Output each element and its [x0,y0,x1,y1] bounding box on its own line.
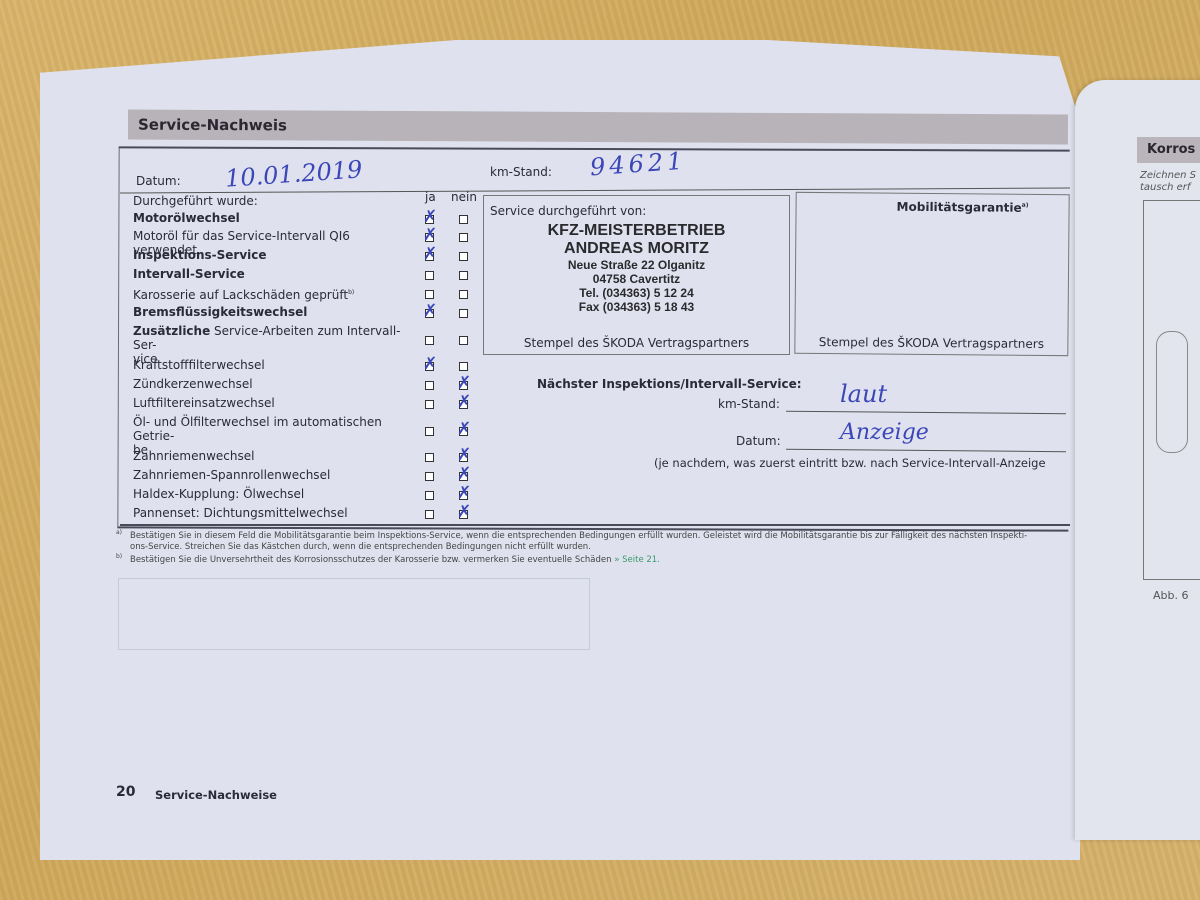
checklist-row-label: Luftfiltereinsatzwechsel [133,396,413,410]
checklist-row: Motoröl für das Service-Intervall QI6 ve… [133,229,493,248]
footnote-a-line1: Bestätigen Sie in diesem Feld die Mobili… [130,531,1027,541]
stamp-line-6: Fax (034363) 5 18 43 [484,300,789,314]
page-number: 20 [116,784,135,800]
checkbox-nein[interactable] [459,309,468,318]
checklist-row: Karosserie auf Lackschäden geprüftb) [133,286,493,305]
stamp-line-5: Tel. (034363) 5 12 24 [484,286,789,300]
show-through-ghost [118,578,590,650]
checklist-row-label: Zündkerzenwechsel [133,377,413,391]
checkbox-ja[interactable] [425,290,434,299]
checkbox-nein[interactable] [459,290,468,299]
checklist-row: Bremsflüssigkeitswechsel✗ [133,305,493,324]
checkbox-nein[interactable] [459,271,468,280]
footnote-b-text: Bestätigen Sie die Unversehrtheit des Ko… [130,555,612,565]
checklist-row: Zündkerzenwechsel✗ [133,377,493,396]
checklist-row: Motorölwechsel✗ [133,211,493,230]
performed-label: Durchgeführt wurde: [133,194,258,208]
checkbox-ja[interactable] [425,400,434,409]
checkmark-icon: ✗ [457,464,471,484]
col-ja: ja [425,190,436,204]
stamp-line-4: 04758 Cavertitz [484,272,789,286]
section-title: Service-Nachweis [128,110,1068,145]
service-by-box: Service durchgeführt von: KFZ-MEISTERBET… [483,195,790,355]
checkmark-icon: ✗ [423,207,437,227]
footnote-a-line2: ons-Service. Streichen Sie das Kästchen … [130,542,591,552]
checkmark-icon: ✗ [423,225,437,245]
checkbox-ja[interactable] [425,427,434,436]
datum-label: Datum: [136,174,181,188]
checkbox-ja[interactable] [425,381,434,390]
car-outline-icon [1156,331,1188,453]
checklist-row-label: Zahnriemenwechsel [133,449,413,463]
mobility-label: Mobilitätsgarantiea) [897,200,1029,215]
figure-label: Abb. 6 [1153,589,1188,602]
stamp-line-3: Neue Straße 22 Olganitz [484,258,789,272]
checklist-row: Zahnriemen-Spannrollenwechsel✗ [133,468,493,487]
right-page-text-2: tausch erf [1140,182,1190,193]
checkmark-icon: ✗ [423,244,437,264]
service-by-footer: Stempel des ŠKODA Vertragspartners [484,336,789,350]
checklist-row: Intervall-Service [133,267,493,286]
checkmark-icon: ✗ [423,354,437,374]
footnote-b: Bestätigen Sie die Unversehrtheit des Ko… [130,555,660,565]
page-footer-title: Service-Nachweise [155,788,277,802]
checkbox-nein[interactable] [459,215,468,224]
next-datum-label: Datum: [736,434,781,448]
mobility-box: Mobilitätsgarantiea) Stempel des ŠKODA V… [794,192,1069,356]
checkbox-ja[interactable] [425,271,434,280]
next-km-label: km-Stand: [718,397,780,411]
right-page-text-1: Zeichnen S [1140,170,1196,181]
checklist-row: Luftfiltereinsatzwechsel✗ [133,396,493,415]
checklist-row: Haldex-Kupplung: Ölwechsel✗ [133,487,493,506]
next-datum-value[interactable]: Anzeige [840,420,929,445]
footnote-b-mark: b) [116,553,122,560]
checkbox-nein[interactable] [459,233,468,242]
service-by-label: Service durchgeführt von: [490,204,646,218]
next-service-note: (je nachdem, was zuerst eintritt bzw. na… [654,456,1046,470]
checkmark-icon: ✗ [457,502,471,522]
checkbox-nein[interactable] [459,252,468,261]
checkbox-ja[interactable] [425,336,434,345]
page-21-link[interactable]: » Seite 21. [614,555,660,565]
checklist-row: Zahnriemenwechsel✗ [133,449,493,468]
right-page-header: Korros [1137,137,1200,163]
checklist-row: Inspektions-Service✗ [133,248,493,267]
stamp-line-1: KFZ-MEISTERBETRIEB [484,222,789,240]
checkbox-ja[interactable] [425,510,434,519]
checklist-row: Zusätzliche Service-Arbeiten zum Interva… [133,324,493,343]
checklist-row-label: Bremsflüssigkeitswechsel [133,305,413,319]
checklist-row-label: Pannenset: Dichtungsmittelwechsel [133,506,413,520]
checklist-row-label: Karosserie auf Lackschäden geprüftb) [133,286,413,302]
checkmark-icon: ✗ [457,373,471,393]
right-page-figure-box [1143,200,1200,580]
checkbox-ja[interactable] [425,472,434,481]
checkbox-nein[interactable] [459,336,468,345]
footnote-a-mark: a) [116,529,122,536]
checkmark-icon: ✗ [457,445,471,465]
next-km-value[interactable]: laut [840,380,887,408]
checkbox-ja[interactable] [425,491,434,500]
checklist-row-label: Motorölwechsel [133,211,413,225]
checklist-row: Pannenset: Dichtungsmittelwechsel✗ [133,506,493,525]
checkmark-icon: ✗ [457,392,471,412]
checklist-row: Kraftstofffilterwechsel✗ [133,358,493,377]
mobility-footer: Stempel des ŠKODA Vertragspartners [795,335,1067,351]
stamp-line-2: ANDREAS MORITZ [484,240,789,258]
checklist-row-label: Intervall-Service [133,267,413,281]
checkmark-icon: ✗ [457,483,471,503]
checkbox-ja[interactable] [425,453,434,462]
checklist-row-label: Inspektions-Service [133,248,413,262]
checklist-row-label: Zahnriemen-Spannrollenwechsel [133,468,413,482]
checkmark-icon: ✗ [423,301,437,321]
checkmark-icon: ✗ [457,419,471,439]
checklist-row: Öl- und Ölfilterwechsel im automatischen… [133,415,493,434]
next-service-label: Nächster Inspektions/Intervall-Service: [537,377,802,391]
col-nein: nein [451,190,477,204]
checkbox-nein[interactable] [459,362,468,371]
divider [120,524,1070,526]
checklist-row-label: Haldex-Kupplung: Ölwechsel [133,487,413,501]
checklist-row-label: Kraftstofffilterwechsel [133,358,413,372]
km-stand-label: km-Stand: [490,165,552,179]
